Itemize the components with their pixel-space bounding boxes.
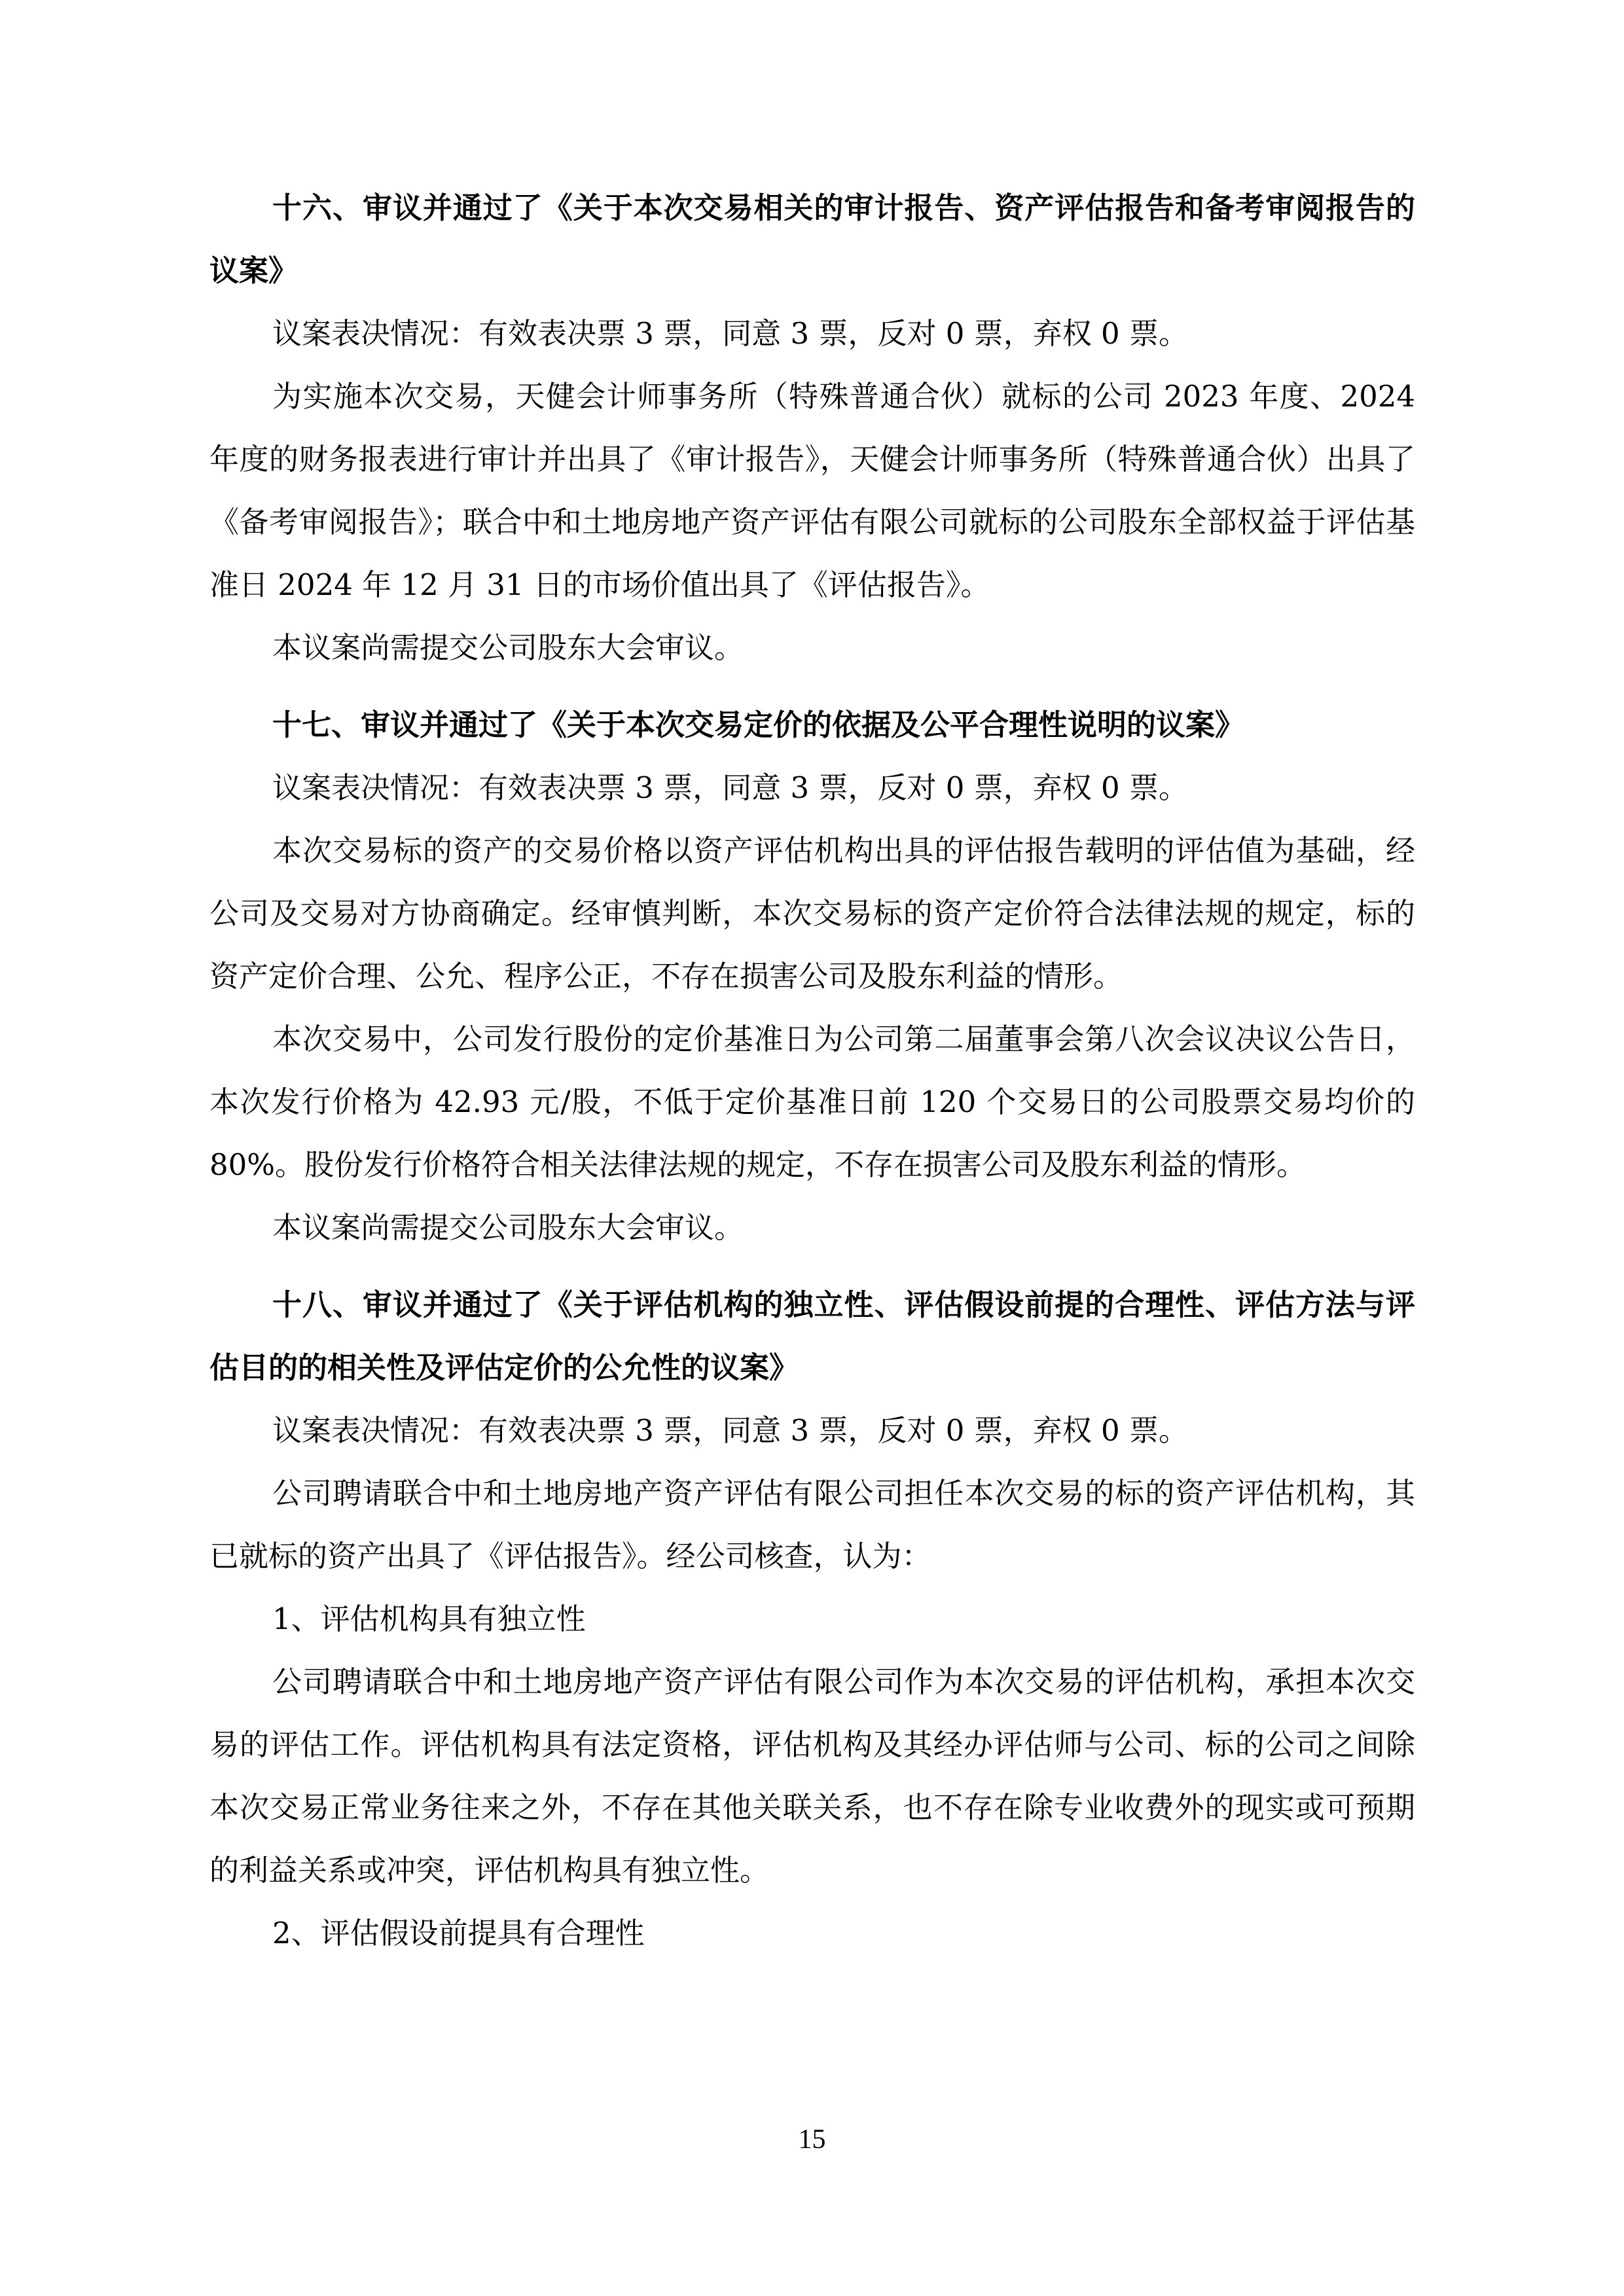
section-heading: 十六、审议并通过了《关于本次交易相关的审计报告、资产评估报告和备考审阅报告的议案… <box>209 177 1415 302</box>
body-paragraph: 公司聘请联合中和土地房地产资产评估有限公司作为本次交易的评估机构，承担本次交易的… <box>209 1651 1415 1902</box>
vote-result: 议案表决情况：有效表决票 3 票，同意 3 票，反对 0 票，弃权 0 票。 <box>209 757 1415 819</box>
section-16: 十六、审议并通过了《关于本次交易相关的审计报告、资产评估报告和备考审阅报告的议案… <box>209 177 1415 679</box>
section-heading: 十八、审议并通过了《关于评估机构的独立性、评估假设前提的合理性、评估方法与评估目… <box>209 1274 1415 1399</box>
document-page: 十六、审议并通过了《关于本次交易相关的审计报告、资产评估报告和备考审阅报告的议案… <box>209 177 1415 1965</box>
section-heading: 十七、审议并通过了《关于本次交易定价的依据及公平合理性说明的议案》 <box>209 694 1415 757</box>
subheading: 1、评估机构具有独立性 <box>209 1588 1415 1651</box>
vote-result: 议案表决情况：有效表决票 3 票，同意 3 票，反对 0 票，弃权 0 票。 <box>209 1399 1415 1462</box>
section-18: 十八、审议并通过了《关于评估机构的独立性、评估假设前提的合理性、评估方法与评估目… <box>209 1274 1415 1965</box>
body-paragraph: 公司聘请联合中和土地房地产资产评估有限公司担任本次交易的标的资产评估机构，其已就… <box>209 1462 1415 1588</box>
submission-note: 本议案尚需提交公司股东大会审议。 <box>209 617 1415 679</box>
section-17: 十七、审议并通过了《关于本次交易定价的依据及公平合理性说明的议案》 议案表决情况… <box>209 694 1415 1259</box>
subheading: 2、评估假设前提具有合理性 <box>209 1902 1415 1965</box>
body-paragraph: 为实施本次交易，天健会计师事务所（特殊普通合伙）就标的公司 2023 年度、20… <box>209 365 1415 617</box>
page-number: 15 <box>0 2124 1624 2155</box>
submission-note: 本议案尚需提交公司股东大会审议。 <box>209 1196 1415 1259</box>
body-paragraph: 本次交易标的资产的交易价格以资产评估机构出具的评估报告载明的评估值为基础，经公司… <box>209 819 1415 1008</box>
vote-result: 议案表决情况：有效表决票 3 票，同意 3 票，反对 0 票，弃权 0 票。 <box>209 302 1415 365</box>
body-paragraph: 本次交易中，公司发行股份的定价基准日为公司第二届董事会第八次会议决议公告日，本次… <box>209 1008 1415 1196</box>
